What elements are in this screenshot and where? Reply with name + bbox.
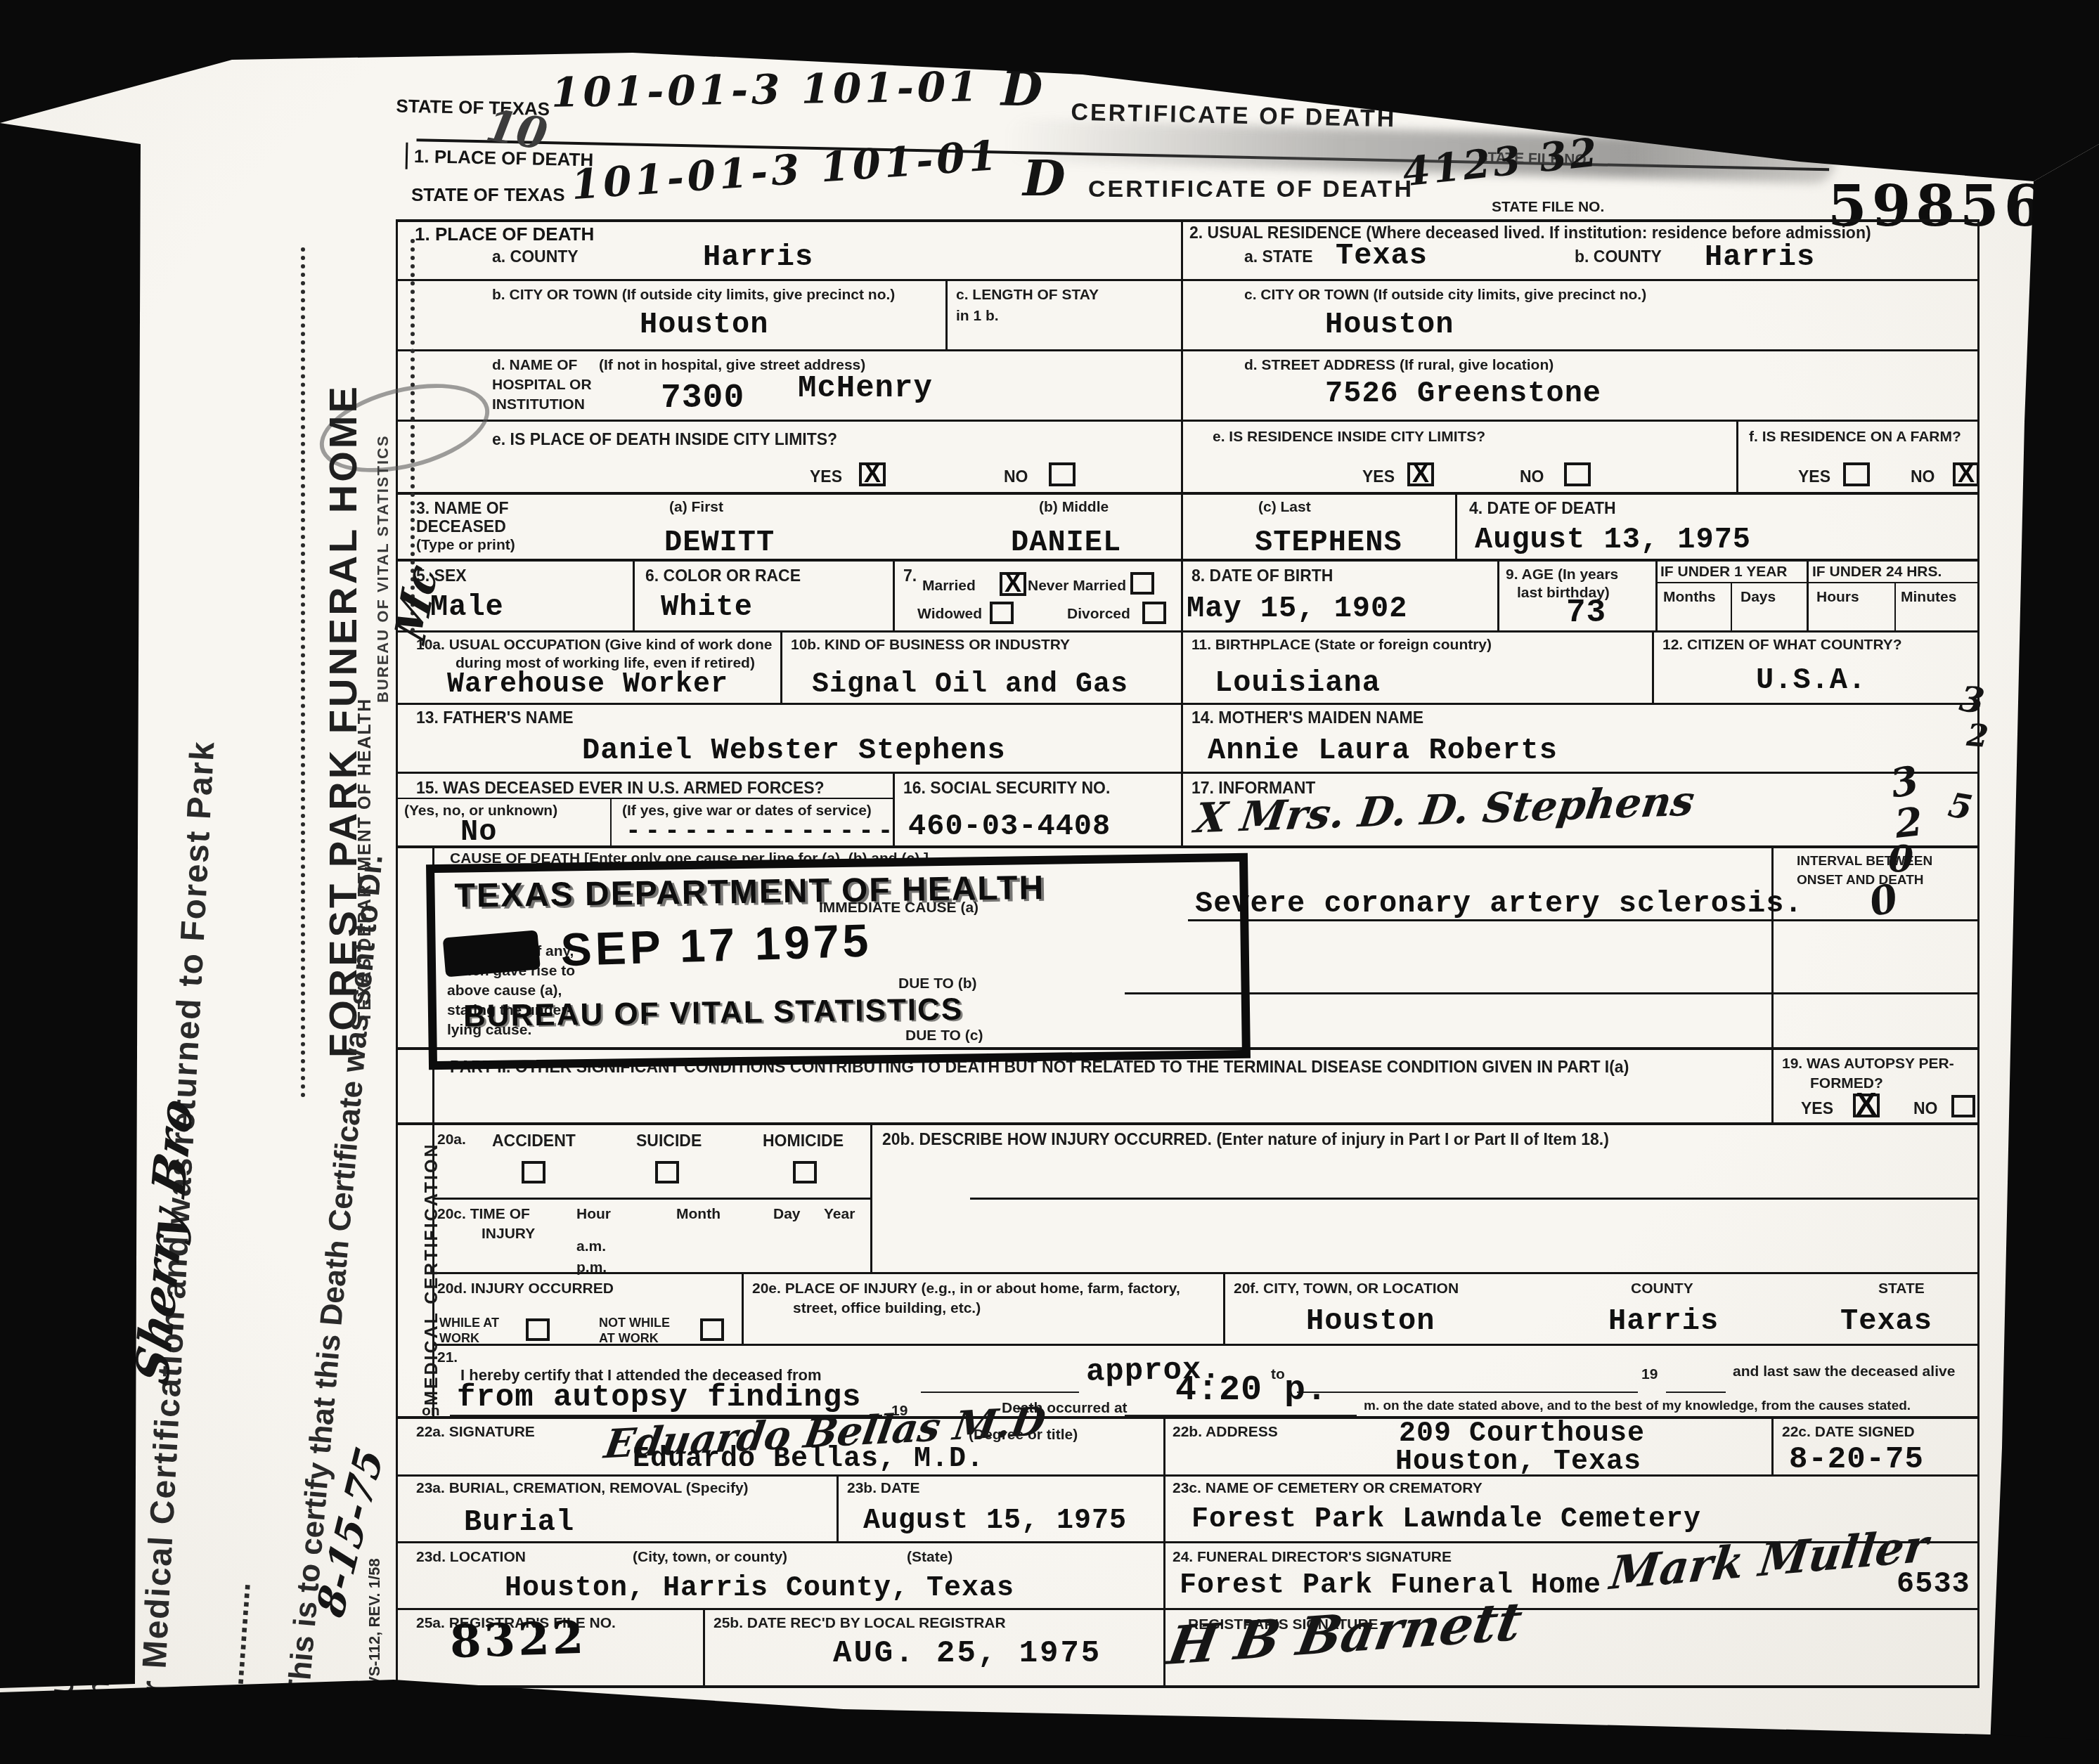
describe-injury-label: 20b. DESCRIBE HOW INJURY OCCURRED. (Ente…: [882, 1130, 1609, 1149]
date-signed-value: 8-20-75: [1789, 1442, 1924, 1477]
mothers-maiden-name-label: 14. MOTHER'S MAIDEN NAME: [1191, 708, 1423, 727]
hours-label: Hours: [1816, 589, 1859, 606]
registrar-file-no-value: 8322: [449, 1611, 588, 1669]
autopsy-yes-checkbox: X: [1853, 1094, 1880, 1117]
certify-on-label: on: [422, 1403, 440, 1420]
hospital-street-number: 7300: [661, 380, 744, 417]
minutes-label: Minutes: [1901, 589, 1956, 606]
form-edge-print2: BUREAU OF VITAL STATISTICS: [374, 434, 392, 703]
certificate-title: CERTIFICATE OF DEATH: [1088, 176, 1414, 203]
degree-or-title-label: (Degree or title): [969, 1427, 1078, 1444]
certify-tail-text: m. on the date stated above, and to the …: [1364, 1399, 1911, 1414]
rule: [1223, 1272, 1225, 1344]
accident-checkbox: [522, 1161, 545, 1183]
rule: [396, 630, 1979, 633]
farm-no-checkbox: X: [1953, 462, 1979, 486]
cemetery-label: 23c. NAME OF CEMETERY OR CREMATORY: [1173, 1480, 1483, 1497]
handwritten-d: D: [1023, 149, 1066, 207]
suicide-label: SUICIDE: [636, 1131, 702, 1150]
time-of-death-entry: 4:20 p.: [1175, 1370, 1328, 1410]
rule: [610, 798, 612, 845]
farm-yes-label: YES: [1798, 467, 1830, 486]
rule: [396, 772, 1979, 774]
rule: [970, 1198, 1977, 1200]
rule: [1655, 582, 1979, 583]
residence-county-value: Harris: [1705, 240, 1815, 274]
fathers-name-label: 13. FATHER'S NAME: [416, 708, 574, 727]
injury-county-label: COUNTY: [1631, 1280, 1693, 1297]
signature-label: 22a. SIGNATURE: [416, 1424, 535, 1441]
place-limits-yes-checkbox: X: [859, 462, 886, 486]
injury-city-value: Houston: [1306, 1304, 1435, 1338]
funeral-home-number: 6533: [1897, 1567, 1970, 1601]
birthplace-label: 11. BIRTHPLACE (State or foreign country…: [1191, 637, 1492, 654]
length-of-stay-label2: in 1 b.: [956, 308, 999, 325]
address-line1: 209 Courthouse: [1399, 1418, 1645, 1450]
county-label: a. COUNTY: [492, 247, 579, 266]
fathers-name-value: Daniel Webster Stephens: [582, 734, 1006, 767]
farm-yes-checkbox: [1843, 462, 1870, 486]
rule: [837, 1474, 839, 1541]
rule: [633, 559, 635, 630]
rule: [870, 1122, 872, 1272]
certify-year1-label: 19: [1641, 1366, 1658, 1383]
married-checkbox: X: [1000, 572, 1026, 596]
am-label: a.m.: [576, 1238, 606, 1255]
mothers-maiden-name-value: Annie Laura Roberts: [1208, 734, 1558, 767]
while-at-work-checkbox: [526, 1318, 550, 1341]
rule: [1771, 1416, 1774, 1474]
residence-limits-no-checkbox: [1564, 462, 1591, 486]
name-of-deceased-label: 3. NAME OF: [416, 499, 509, 518]
date-received-value: AUG. 25, 1975: [833, 1636, 1102, 1671]
residence-limits-yes-label: YES: [1362, 467, 1395, 486]
residence-city-value: Houston: [1325, 308, 1454, 342]
hospital-label: d. NAME OF: [492, 357, 577, 374]
physician-name-typed: Eduardo Bellas, M.D.: [633, 1444, 984, 1475]
hospital-label2: HOSPITAL OR: [492, 377, 592, 394]
month-label: Month: [676, 1206, 721, 1223]
injury-state-value: Texas: [1840, 1304, 1932, 1338]
rule: [396, 798, 893, 799]
residence-limits-label: e. IS RESIDENCE INSIDE CITY LIMITS?: [1213, 429, 1485, 446]
state-file-label: STATE FILE NO.: [1492, 199, 1604, 216]
residence-street-label: d. STREET ADDRESS (If rural, give locati…: [1244, 357, 1554, 374]
location-sub1: (City, town, or county): [633, 1549, 787, 1566]
not-while-at-work-checkbox: [700, 1318, 724, 1341]
rule: [406, 143, 408, 169]
right-margin-digit: 3: [1957, 677, 1987, 722]
color-race-value: White: [661, 590, 753, 624]
industry-label: 10b. KIND OF BUSINESS OR INDUSTRY: [791, 637, 1070, 654]
rule: [396, 349, 1979, 351]
residence-limits-yes-checkbox: X: [1407, 462, 1434, 486]
right-margin-digit: 5: [1945, 786, 1975, 829]
divorced-checkbox: [1142, 602, 1166, 624]
residence-limits-no-label: NO: [1520, 467, 1544, 486]
middle-name-label: (b) Middle: [1039, 499, 1109, 516]
rule: [432, 1272, 1977, 1274]
while-at-work-label2: WORK: [439, 1331, 479, 1346]
residence-city-label: c. CITY OR TOWN (If outside city limits,…: [1244, 287, 1646, 304]
date-received-label: 25b. DATE REC'D BY LOCAL REGISTRAR: [713, 1615, 1006, 1632]
while-at-work-label1: WHILE AT: [439, 1316, 499, 1330]
farm-no-label: NO: [1911, 467, 1935, 486]
deceased-label: DECEASED: [416, 517, 506, 536]
rule: [945, 279, 948, 349]
marital-section-label: 7.: [903, 566, 917, 585]
stamp-line1: TEXAS DEPARTMENT OF HEALTH: [454, 869, 1045, 916]
residence-county-label: b. COUNTY: [1575, 247, 1662, 266]
rule: [893, 559, 895, 630]
occupation-label: 10a. USUAL OCCUPATION (Give kind of work…: [416, 637, 772, 654]
rule: [396, 703, 1979, 705]
ssn-value: 460-03-4408: [908, 810, 1111, 843]
rule: [1163, 1416, 1165, 1541]
residence-state-label: a. STATE: [1244, 247, 1313, 266]
funeral-home-typed: Forest Park Funeral Home: [1180, 1570, 1601, 1602]
location-sub2: (State): [907, 1549, 952, 1566]
birthplace-value: Louisiana: [1215, 666, 1381, 700]
time-of-injury-label2: INJURY: [482, 1226, 535, 1243]
autopsy-yes-label: YES: [1801, 1099, 1833, 1118]
widowed-checkbox: [990, 602, 1014, 624]
location-value: Houston, Harris County, Texas: [505, 1573, 1014, 1604]
rule: [396, 420, 1979, 422]
first-name-label: (a) First: [669, 499, 723, 516]
place-limits-no-label: NO: [1004, 467, 1028, 486]
not-while-at-work-label2: AT WORK: [599, 1331, 659, 1346]
citizen-label: 12. CITIZEN OF WHAT COUNTRY?: [1662, 637, 1902, 654]
rule: [396, 1685, 1979, 1688]
rule: [396, 279, 1979, 281]
place-limits-no-checkbox: [1049, 462, 1076, 486]
scanned-death-certificate: STATE OF TEXAS 101-01-3 101-01 D CERTIFI…: [0, 0, 2099, 1764]
rule: [396, 1608, 1979, 1610]
rule: [396, 845, 1979, 848]
type-or-print-label: (Type or print): [416, 537, 515, 554]
stamp-dashed-line: [301, 247, 305, 1098]
registrar-signature-script: H B Barnett: [1163, 1591, 1527, 1677]
divorced-label: Divorced: [1067, 606, 1130, 623]
burial-cremation-label: 23a. BURIAL, CREMATION, REMOVAL (Specify…: [416, 1480, 749, 1497]
rule: [1455, 492, 1457, 559]
residence-state-value: Texas: [1336, 239, 1428, 273]
armed-forces-label: 15. WAS DECEASED EVER IN U.S. ARMED FORC…: [416, 779, 825, 798]
accident-label: ACCIDENT: [492, 1131, 576, 1150]
cemetery-value: Forest Park Lawndale Cemetery: [1191, 1504, 1701, 1536]
rule: [1163, 1541, 1165, 1608]
rule: [396, 1416, 1979, 1419]
suicide-checkbox: [655, 1161, 679, 1183]
first-name-value: DEWITT: [664, 526, 775, 559]
rule: [1655, 559, 1658, 630]
hour-label: Hour: [576, 1206, 611, 1223]
last-name-value: STEPHENS: [1255, 526, 1402, 559]
day-label: Day: [773, 1206, 801, 1223]
address-label: 22b. ADDRESS: [1173, 1424, 1278, 1441]
certify-number: 21.: [437, 1349, 458, 1366]
stamp-ink-blot: [443, 930, 541, 977]
state-label: STATE OF TEXAS: [411, 184, 565, 206]
rule: [1894, 582, 1896, 630]
burial-date-value: August 15, 1975: [863, 1505, 1127, 1537]
handwritten-ten: 10: [482, 99, 551, 160]
autopsy-label1: 19. WAS AUTOPSY PER-: [1782, 1056, 1954, 1072]
rule: [1736, 420, 1738, 492]
never-married-checkbox: [1130, 572, 1154, 595]
ssn-label: 16. SOCIAL SECURITY NO.: [903, 779, 1110, 798]
middle-name-value: DANIEL: [1011, 526, 1121, 559]
injury-county-value: Harris: [1608, 1304, 1719, 1338]
date-of-birth-value: May 15, 1902: [1187, 592, 1407, 625]
armed-forces-dashes: --------------: [626, 817, 897, 845]
usual-residence-heading: 2. USUAL RESIDENCE (Where deceased lived…: [1189, 223, 1871, 242]
days-label: Days: [1740, 589, 1776, 606]
margin-signature: Sherry Bro: [125, 1091, 203, 1390]
autopsy-no-checkbox: [1951, 1095, 1975, 1117]
autopsy-findings-entry: from autopsy findings: [457, 1380, 862, 1415]
rule: [1977, 219, 1979, 1688]
married-label: Married: [922, 578, 976, 595]
place-of-injury-label: 20e. PLACE OF INJURY (e.g., in or about …: [752, 1280, 1180, 1297]
rule: [1807, 559, 1809, 630]
age-label: 9. AGE (In years: [1506, 566, 1618, 583]
rule: [1497, 559, 1499, 630]
homicide-checkbox: [793, 1161, 817, 1183]
months-label: Months: [1663, 589, 1716, 606]
citizen-value: U.S.A.: [1756, 663, 1866, 697]
injury-occurred-label: 20d. INJURY OCCURRED: [437, 1280, 614, 1297]
injury-city-label: 20f. CITY, TOWN, OR LOCATION: [1234, 1280, 1459, 1297]
right-margin-digit: 2: [1965, 718, 1990, 755]
address-line2: Houston, Texas: [1395, 1446, 1641, 1478]
hospital-label3: INSTITUTION: [492, 396, 585, 413]
rule: [1125, 992, 1977, 994]
rule: [396, 492, 1979, 495]
length-of-stay-label: c. LENGTH OF STAY: [956, 287, 1099, 304]
rule: [1652, 630, 1654, 703]
injury-state-label: STATE: [1878, 1280, 1925, 1297]
last-name-label: (c) Last: [1258, 499, 1311, 516]
accident-section-label: 20a.: [437, 1131, 466, 1148]
date-of-death-value: August 13, 1975: [1475, 523, 1751, 557]
autopsy-no-label: NO: [1913, 1099, 1938, 1118]
rule: [396, 1122, 1979, 1125]
place-of-injury-label2: street, office building, etc.): [793, 1300, 981, 1317]
residence-farm-label: f. IS RESIDENCE ON A FARM?: [1749, 429, 1961, 446]
rule: [1181, 219, 1183, 845]
age-value: 73: [1566, 595, 1606, 631]
blank-line: [1297, 1392, 1638, 1393]
pm-label: p.m.: [576, 1259, 607, 1276]
immediate-cause-value: Severe coronary artery sclerosis.: [1195, 887, 1803, 921]
date-of-birth-label: 8. DATE OF BIRTH: [1191, 566, 1333, 585]
occupation-value: Warehouse Worker: [447, 669, 728, 701]
color-race-label: 6. COLOR OR RACE: [645, 566, 801, 585]
date-signed-label: 22c. DATE SIGNED: [1782, 1424, 1915, 1441]
if-under-1-year-label: IF UNDER 1 YEAR: [1660, 564, 1787, 581]
not-while-at-work-label1: NOT WHILE: [599, 1316, 670, 1330]
funeral-director-label: 24. FUNERAL DIRECTOR'S SIGNATURE: [1173, 1549, 1452, 1566]
armed-forces-value: No: [460, 815, 497, 849]
industry-value: Signal Oil and Gas: [812, 669, 1128, 701]
blank-line: [921, 1392, 1079, 1393]
location-label: 23d. LOCATION: [416, 1549, 526, 1566]
rule: [742, 1272, 744, 1344]
time-of-injury-label: 20c. TIME OF: [437, 1206, 530, 1223]
year-label: Year: [824, 1206, 855, 1223]
blank-line: [1666, 1392, 1726, 1393]
vital-statistics-received-stamp: TEXAS DEPARTMENT OF HEALTH SEP 17 1975 B…: [426, 853, 1251, 1070]
city-label: b. CITY OR TOWN (If outside city limits,…: [492, 287, 895, 304]
if-under-24-hrs-label: IF UNDER 24 HRS.: [1812, 564, 1942, 581]
rule: [432, 1198, 870, 1200]
date-of-death-label: 4. DATE OF DEATH: [1469, 499, 1616, 518]
upper-handwritten-code: 101-01-3 101-01: [551, 63, 981, 117]
rule: [1731, 582, 1732, 630]
residence-street-value: 7526 Greenstone: [1325, 377, 1601, 410]
widowed-label: Widowed: [917, 606, 982, 623]
rule: [780, 630, 782, 703]
county-value: Harris: [703, 240, 813, 274]
form-number: VS-112, REV. 1/58: [366, 1558, 384, 1687]
place-city-limits-label: e. IS PLACE OF DEATH INSIDE CITY LIMITS?: [492, 430, 837, 449]
stamp-line2: BUREAU OF VITAL STATISTICS: [463, 992, 964, 1035]
stamp-date: SEP 17 1975: [560, 913, 873, 976]
homicide-label: HOMICIDE: [763, 1131, 844, 1150]
last-saw-alive-text: and last saw the deceased alive: [1733, 1363, 1955, 1380]
rule: [703, 1608, 705, 1685]
never-married-label: Never Married: [1028, 578, 1126, 595]
burial-value: Burial: [464, 1505, 574, 1539]
city-value: Houston: [640, 308, 768, 342]
hospital-street-name: McHenry: [798, 371, 933, 406]
rule: [396, 219, 1979, 222]
place-limits-yes-label: YES: [810, 467, 842, 486]
rule: [432, 1344, 1977, 1346]
burial-date-label: 23b. DATE: [847, 1480, 919, 1497]
place-of-death-heading: 1. PLACE OF DEATH: [415, 223, 594, 245]
